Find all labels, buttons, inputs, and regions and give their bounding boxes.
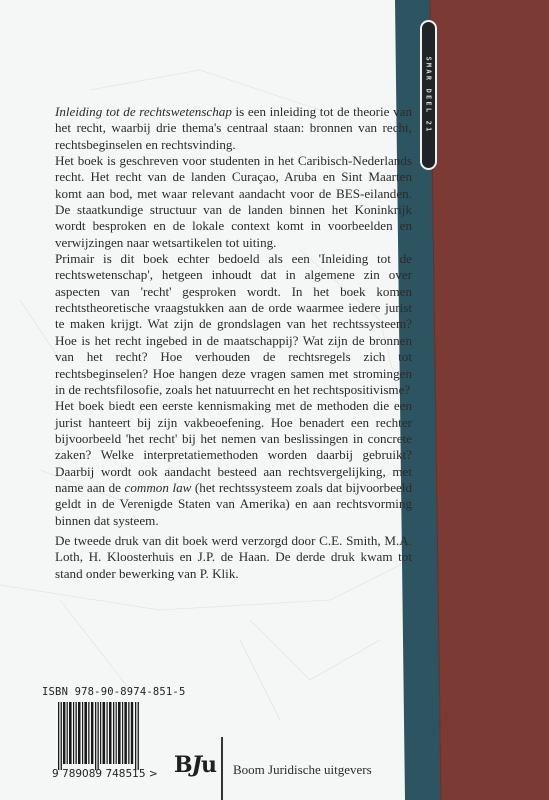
- red-panel: [430, 0, 549, 800]
- blurb-paragraph-4: Het boek biedt een eerste kennismaking m…: [55, 398, 412, 529]
- barcode-icon: [58, 702, 140, 770]
- barcode-digits: 9 789089 748515 >: [52, 768, 158, 780]
- blurb-paragraph-2: Het boek is geschreven voor studenten in…: [55, 153, 412, 251]
- book-title-italic: Inleiding tot de rechtswetenschap: [55, 104, 232, 119]
- back-cover-blurb: Inleiding tot de rechtswetenschap is een…: [55, 104, 412, 529]
- common-law-italic: common law: [125, 480, 192, 495]
- isbn-label: ISBN 978-90-8974-851-5: [42, 686, 185, 698]
- series-badge-text: SMAR DEEL 21: [425, 57, 433, 134]
- edition-credits: De tweede druk van dit boek werd verzorg…: [55, 533, 412, 582]
- publisher-divider: [221, 737, 223, 800]
- publisher-logo: BJu: [174, 752, 216, 778]
- publisher-name: Boom Juridische uitgevers: [233, 762, 372, 778]
- series-badge: SMAR DEEL 21: [420, 20, 437, 170]
- blurb-paragraph-1: Inleiding tot de rechtswetenschap is een…: [55, 104, 412, 153]
- blurb-paragraph-3: Primair is dit boek echter bedoeld als e…: [55, 251, 412, 398]
